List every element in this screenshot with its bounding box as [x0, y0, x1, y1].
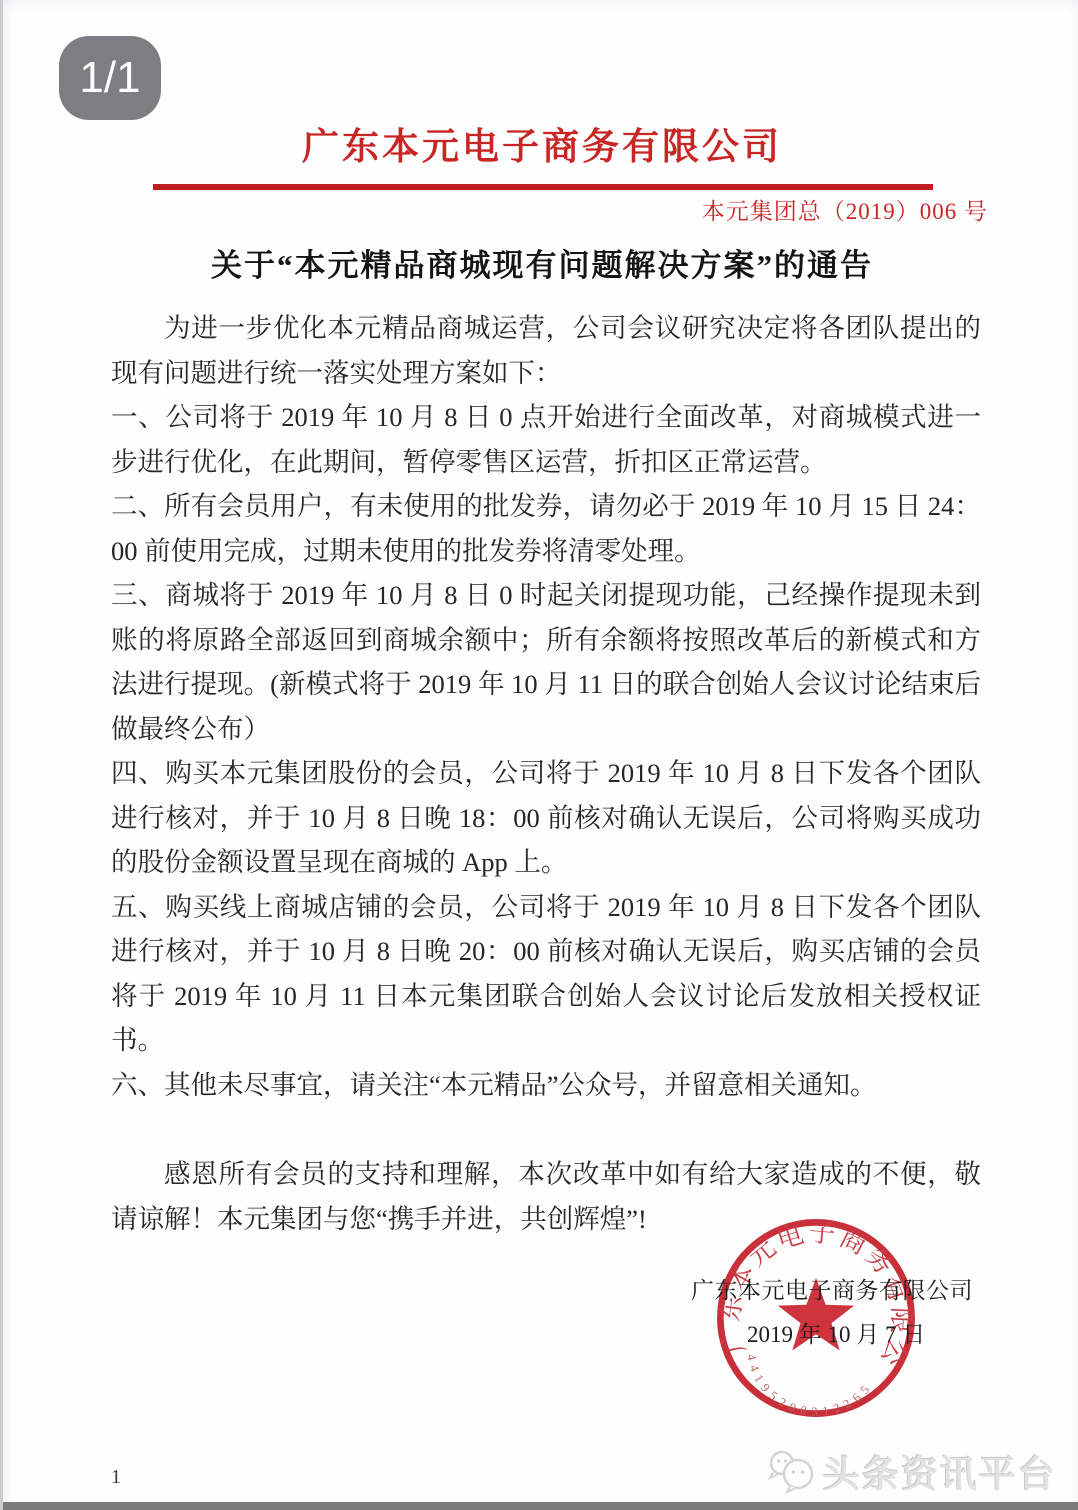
page-indicator-badge: 1/1 — [59, 36, 161, 120]
document-number: 本元集团总（2019）006 号 — [702, 193, 988, 226]
letterhead-rule — [153, 184, 933, 190]
paragraph: 为进一步优化本元精品商城运营，公司会议研究决定将各团队提出的现有问题进行统一落实… — [111, 306, 981, 395]
signature-date: 2019 年 10 月 7 日 — [747, 1316, 925, 1349]
document-page: 1/1 广东本元电子商务有限公司 本元集团总（2019）006 号 关于“本元精… — [0, 0, 1078, 1510]
page-number: 1 — [111, 1466, 121, 1489]
paragraph: 二、所有会员用户，有未使用的批发券，请勿必于 2019 年 10 月 15 日 … — [111, 484, 981, 573]
document-body: 为进一步优化本元精品商城运营，公司会议研究决定将各团队提出的现有问题进行统一落实… — [111, 306, 981, 1241]
paragraph: 三、商城将于 2019 年 10 月 8 日 0 时起关闭提现功能，己经操作提现… — [111, 573, 981, 751]
platform-watermark: 头条资讯平台 — [765, 1444, 1057, 1498]
paragraph: 六、其他未尽事宜，请关注“本元精品”公众号，并留意相关通知。 — [111, 1063, 981, 1108]
wechat-chat-bubbles-icon — [765, 1448, 817, 1494]
paragraph: 五、购买线上商城店铺的会员，公司将于 2019 年 10 月 8 日下发各个团队… — [111, 885, 981, 1063]
paragraph: 一、公司将于 2019 年 10 月 8 日 0 点开始进行全面改革，对商城模式… — [111, 395, 981, 484]
watermark-label: 头条资讯平台 — [823, 1444, 1057, 1498]
seal-serial-number: 44195200312265 — [744, 1353, 876, 1419]
bottom-divider — [3, 1502, 1078, 1510]
signature-company-name: 广东本元电子商务有限公司 — [691, 1272, 973, 1305]
document-title: 关于“本元精品商城现有问题解决方案”的通告 — [3, 240, 1078, 285]
letterhead-company-name: 广东本元电子商务有限公司 — [3, 116, 1078, 170]
paragraph: 四、购买本元集团股份的会员，公司将于 2019 年 10 月 8 日下发各个团队… — [111, 751, 981, 885]
